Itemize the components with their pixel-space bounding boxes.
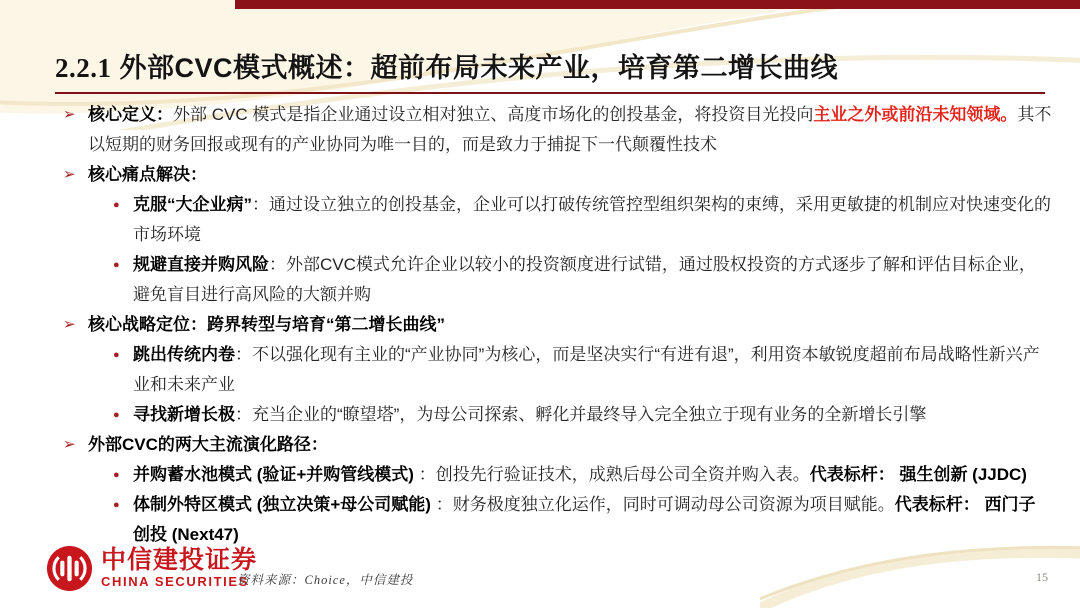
company-logo: 中信建投证券 CHINA SECURITIES	[46, 545, 257, 592]
arrow-bullet-icon: ➢	[63, 430, 88, 460]
page-title: 2.2.1外部CVC模式概述：超前布局未来产业，培育第二增长曲线	[55, 50, 1045, 86]
bullet-item: ●体制外特区模式 (独立决策+母公司赋能) ：财务极度独立化运作，同时可调动母公…	[113, 490, 1052, 550]
arrow-bullet-icon: ➢	[63, 310, 88, 340]
bullet-text: 寻找新增长极：充当企业的“瞭望塔”，为母公司探索、孵化并最终导入完全独立于现有业…	[133, 400, 1052, 430]
text-segment: ：外部CVC模式允许企业以较小的投资额度进行试错，通过股权投资的方式逐步了解和评…	[133, 255, 1036, 304]
bullet-text: 外部CVC的两大主流演化路径：	[88, 430, 1052, 460]
dot-bullet-icon: ●	[113, 250, 133, 280]
text-segment: 体制外特区模式 (独立决策+母公司赋能)	[133, 495, 431, 514]
text-segment: 外部 CVC 模式是指企业通过设立相对独立、高度市场化的创投基金，将投资目光投向	[173, 105, 813, 124]
text-segment: ：充当企业的“瞭望塔”，为母公司探索、孵化并最终导入完全独立于现有业务的全新增长…	[235, 405, 926, 424]
bullet-item: ➢核心痛点解决：	[63, 160, 1052, 190]
bullet-item: ●并购蓄水池模式 (验证+并购管线模式) ：创投先行验证技术，成熟后母公司全资并…	[113, 460, 1052, 490]
bullet-item: ●寻找新增长极：充当企业的“瞭望塔”，为母公司探索、孵化并最终导入完全独立于现有…	[113, 400, 1052, 430]
header-divider	[55, 92, 1045, 94]
top-accent-bar	[235, 0, 1080, 9]
text-segment: 核心痛点解决：	[88, 165, 207, 184]
text-segment: 规避直接并购风险	[133, 255, 269, 274]
bullet-text: 核心定义：外部 CVC 模式是指企业通过设立相对独立、高度市场化的创投基金，将投…	[88, 100, 1052, 160]
logo-names: 中信建投证券 CHINA SECURITIES	[101, 548, 257, 589]
logo-name-en: CHINA SECURITIES	[101, 574, 257, 589]
text-segment: 克服“大企业病”	[133, 195, 252, 214]
text-segment: ：不以强化现有主业的“产业协同”为核心，而是坚决实行“有进有退”，利用资本敏锐度…	[133, 345, 1040, 394]
bullet-item: ●克服“大企业病”：通过设立独立的创投基金，企业可以打破传统管控型组织架构的束缚…	[113, 190, 1052, 250]
bullet-text: 克服“大企业病”：通过设立独立的创投基金，企业可以打破传统管控型组织架构的束缚，…	[133, 190, 1052, 250]
text-segment: ：通过设立独立的创投基金，企业可以打破传统管控型组织架构的束缚，采用更敏捷的机制…	[133, 195, 1051, 244]
text-segment: 并购蓄水池模式 (验证+并购管线模式)	[133, 465, 414, 484]
csc-emblem-icon	[46, 545, 93, 592]
dot-bullet-icon: ●	[113, 340, 133, 370]
dot-bullet-icon: ●	[113, 400, 133, 430]
dot-bullet-icon: ●	[113, 460, 133, 490]
text-segment: 代表标杆： 强生创新 (JJDC)	[810, 465, 1027, 484]
text-segment: 主业之外或前沿未知领域。	[813, 105, 1017, 124]
text-segment: ：创投先行验证技术，成熟后母公司全资并购入表。	[414, 465, 810, 484]
bullet-text: 并购蓄水池模式 (验证+并购管线模式) ：创投先行验证技术，成熟后母公司全资并购…	[133, 460, 1052, 490]
bullet-item: ➢核心定义：外部 CVC 模式是指企业通过设立相对独立、高度市场化的创投基金，将…	[63, 100, 1052, 160]
bullet-item: ●规避直接并购风险：外部CVC模式允许企业以较小的投资额度进行试错，通过股权投资…	[113, 250, 1052, 310]
bullet-item: ➢外部CVC的两大主流演化路径：	[63, 430, 1052, 460]
page-number: 15	[1036, 570, 1048, 585]
bullet-text: 体制外特区模式 (独立决策+母公司赋能) ：财务极度独立化运作，同时可调动母公司…	[133, 490, 1052, 550]
source-note: 资料来源：Choice，中信建投	[237, 570, 413, 588]
text-segment: 核心定义：	[88, 105, 173, 124]
dot-bullet-icon: ●	[113, 190, 133, 220]
bullet-text: 核心痛点解决：	[88, 160, 1052, 190]
bullet-text: 跳出传统内卷：不以强化现有主业的“产业协同”为核心，而是坚决实行“有进有退”，利…	[133, 340, 1052, 400]
bullet-text: 核心战略定位：跨界转型与培育“第二增长曲线”	[88, 310, 1052, 340]
arrow-bullet-icon: ➢	[63, 160, 88, 190]
dot-bullet-icon: ●	[113, 490, 133, 520]
logo-name-cn: 中信建投证券	[101, 548, 257, 574]
section-number: 2.2.1	[55, 53, 112, 83]
slide-header: 2.2.1外部CVC模式概述：超前布局未来产业，培育第二增长曲线	[55, 50, 1045, 86]
bullet-item: ➢核心战略定位：跨界转型与培育“第二增长曲线”	[63, 310, 1052, 340]
arrow-bullet-icon: ➢	[63, 100, 88, 130]
text-segment: 外部CVC的两大主流演化路径：	[88, 435, 328, 454]
title-text: 外部CVC模式概述：超前布局未来产业，培育第二增长曲线	[120, 53, 839, 83]
bullet-text: 规避直接并购风险：外部CVC模式允许企业以较小的投资额度进行试错，通过股权投资的…	[133, 250, 1052, 310]
text-segment: 跳出传统内卷	[133, 345, 235, 364]
text-segment: ：财务极度独立化运作，同时可调动母公司资源为项目赋能。	[431, 495, 895, 514]
text-segment: 寻找新增长极	[133, 405, 235, 424]
bullet-item: ●跳出传统内卷：不以强化现有主业的“产业协同”为核心，而是坚决实行“有进有退”，…	[113, 340, 1052, 400]
text-segment: 核心战略定位：跨界转型与培育“第二增长曲线”	[88, 315, 445, 334]
bullet-list: ➢核心定义：外部 CVC 模式是指企业通过设立相对独立、高度市场化的创投基金，将…	[63, 100, 1052, 550]
